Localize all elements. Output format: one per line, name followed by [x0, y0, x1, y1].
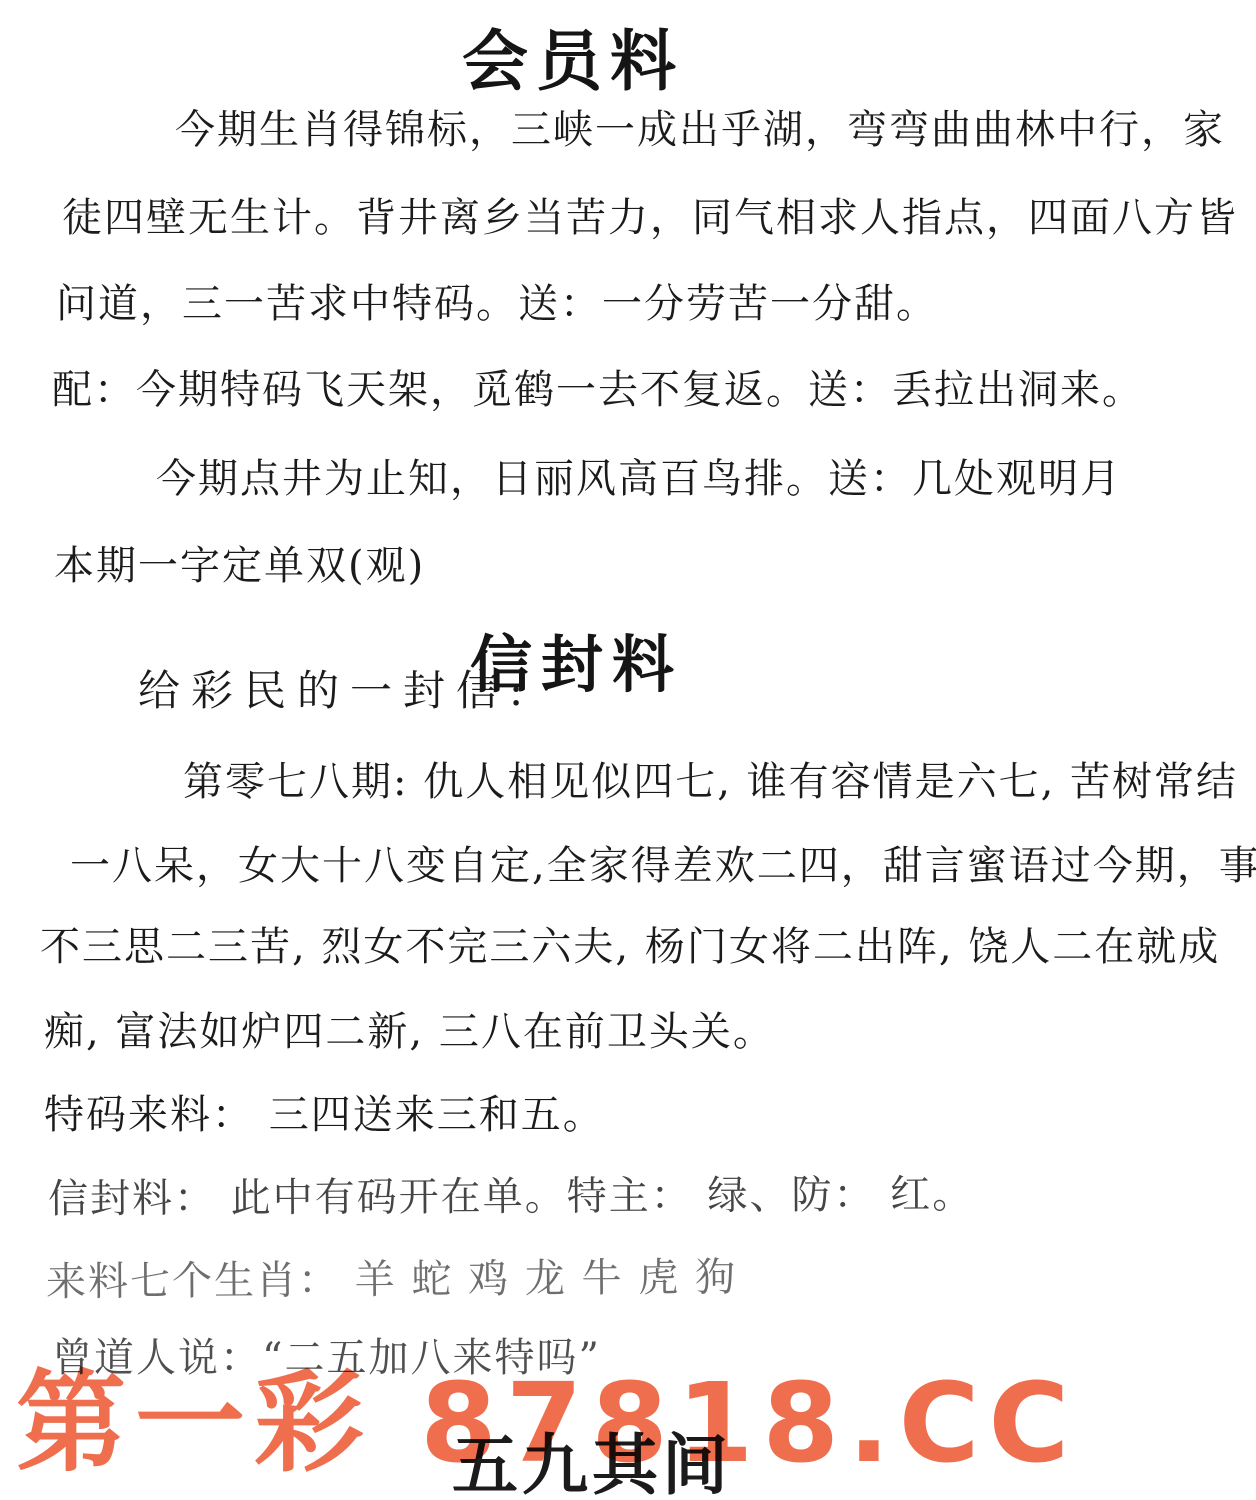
- special-code-line: 特码来料： 三四送来三和五。: [44, 1093, 605, 1137]
- member-line: 今期点井为止知，日丽风高百鸟排。送：几处观明月: [156, 457, 1122, 501]
- envelope-line: 不三思二三苦, 烈女不完三六夫, 杨门女将二出阵, 饶人二在就成: [40, 925, 1220, 969]
- member-line: 配：今期特码飞天架，觅鹤一去不复返。送：丢拉出洞来。: [52, 368, 1144, 412]
- envelope-line: 痴, 富法如炉四二新, 三八在前卫头关。: [44, 1010, 775, 1054]
- scanned-lottery-sheet: 会员料 今期生肖得锦标，三峡一成出乎湖，弯弯曲曲林中行，家 徒四壁无生计。背井离…: [0, 0, 1256, 1500]
- envelope-line: 第零七八期: 仇人相见似四七, 谁有容情是六七, 苦树常结: [183, 760, 1238, 804]
- member-line: 徒四壁无生计。背井离乡当苦力，同气相求人指点，四面八方皆: [62, 196, 1238, 240]
- envelope-note-line: 信封料： 此中有码开在单。特主： 绿、防： 红。: [48, 1173, 974, 1222]
- zodiac-line: 来料七个生肖： 羊 蛇 鸡 龙 牛 虎 狗: [46, 1256, 737, 1305]
- member-line: 今期生肖得锦标，三峡一成出乎湖，弯弯曲曲林中行，家: [175, 108, 1225, 152]
- envelope-section-title: 信封料: [470, 615, 683, 704]
- member-line: 问道，三一苦求中特码。送：一分劳苦一分甜。: [56, 282, 938, 326]
- member-section-title: 会员料: [462, 8, 684, 103]
- member-line: 本期一字定单双(观): [54, 544, 425, 588]
- envelope-line: 一八呆，女大十八变自定,全家得差欢二四，甜言蜜语过今期，事: [70, 844, 1256, 888]
- site-watermark: 第一彩 87818.CC: [16, 1368, 1078, 1478]
